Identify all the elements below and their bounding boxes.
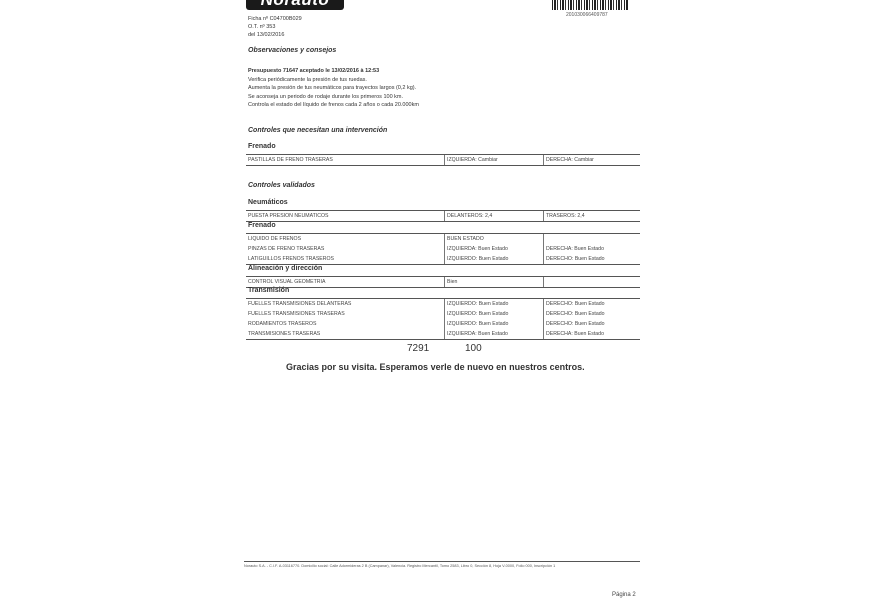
table-cell: DERECHO: Buen Estado <box>543 299 640 309</box>
observations-list: Presupuesto 71647 aceptado le 13/02/2016… <box>248 67 419 110</box>
ficha-number: Ficha nº C04700B029 <box>248 15 302 23</box>
table-cell: BUEN ESTADO <box>444 234 543 244</box>
table-row: LIQUIDO DE FRENOSBUEN ESTADO <box>246 234 640 244</box>
table-row: CONTROL VISUAL GEOMETRIABien <box>246 277 640 287</box>
table-cell: IZQUIERDO: Buen Estado <box>444 309 543 319</box>
observations-title: Observaciones y consejos <box>248 47 336 54</box>
document-page: Norauto 201030066409787 Ficha nº C04700B… <box>0 0 880 600</box>
footer-legal: Norauto S.A. - C.I.F. A-03116770. Domici… <box>244 564 555 568</box>
table-cell: DERECHO: Buen Estado <box>543 319 640 329</box>
intervention-table: PASTILLAS DE FRENO TRASERASIZQUIERDA: Ca… <box>246 154 640 166</box>
validated-table: PUESTA PRESION NEUMATICOSDELANTEROS: 2,4… <box>246 210 640 222</box>
section-title: Transmisión <box>248 287 289 294</box>
table-cell: FUELLES TRANSMISIONES TRASERAS <box>246 309 444 319</box>
observation-line: Verifica periódicamente la presión de tu… <box>248 76 419 85</box>
validated-table: FUELLES TRANSMISIONES DELANTERASIZQUIERD… <box>246 298 640 340</box>
table-row: PUESTA PRESION NEUMATICOSDELANTEROS: 2,4… <box>246 211 640 221</box>
barcode-icon <box>552 0 628 10</box>
table-cell: IZQUIERDA: Buen Estado <box>444 329 543 339</box>
work-order-number: O.T. nº 353 <box>248 23 302 31</box>
section-title: Neumáticos <box>248 199 288 206</box>
table-row: LATIGUILLOS FRENOS TRASEROSIZQUIERDO: Bu… <box>246 254 640 264</box>
intervention-title: Controles que necesitan una intervención <box>248 127 387 134</box>
table-row: FUELLES TRANSMISIONES DELANTERASIZQUIERD… <box>246 299 640 309</box>
validated-table: CONTROL VISUAL GEOMETRIABien <box>246 276 640 288</box>
table-cell: IZQUIERDO: Buen Estado <box>444 299 543 309</box>
observation-line: Se aconseja un periodo de rodaje durante… <box>248 93 419 102</box>
thanks-message: Gracias por su visita. Esperamos verle d… <box>286 362 585 372</box>
validated-title: Controles validados <box>248 182 315 189</box>
table-cell: RODAMIENTOS TRASEROS <box>246 319 444 329</box>
table-cell: DERECHA: Buen Estado <box>543 244 640 254</box>
table-cell: DERECHO: Buen Estado <box>543 309 640 319</box>
table-cell: PINZAS DE FRENO TRASERAS <box>246 244 444 254</box>
table-cell: DERECHA: Cambiar <box>543 155 640 165</box>
table-cell: Bien <box>444 277 543 287</box>
observation-line: Aumenta la presión de tus neumáticos par… <box>248 84 419 93</box>
observation-line: Presupuesto 71647 aceptado le 13/02/2016… <box>248 67 419 76</box>
table-row: PASTILLAS DE FRENO TRASERASIZQUIERDA: Ca… <box>246 155 640 165</box>
table-cell <box>543 234 640 244</box>
table-row: RODAMIENTOS TRASEROSIZQUIERDO: Buen Esta… <box>246 319 640 329</box>
table-cell: LATIGUILLOS FRENOS TRASEROS <box>246 254 444 264</box>
validated-table: LIQUIDO DE FRENOSBUEN ESTADOPINZAS DE FR… <box>246 233 640 265</box>
footer-divider <box>244 561 640 562</box>
table-cell: PASTILLAS DE FRENO TRASERAS <box>246 155 444 165</box>
table-cell: IZQUIERDA: Cambiar <box>444 155 543 165</box>
overlay-number: 100 <box>465 343 482 354</box>
section-title: Frenado <box>248 143 276 150</box>
overlay-number: 7291 <box>407 343 429 354</box>
table-cell: TRANSMISIONES TRASERAS <box>246 329 444 339</box>
table-cell: IZQUIERDA: Buen Estado <box>444 244 543 254</box>
document-date: del 13/02/2016 <box>248 31 302 39</box>
brand-logo: Norauto <box>246 0 344 10</box>
table-cell: IZQUIERDO: Buen Estado <box>444 319 543 329</box>
table-cell: LIQUIDO DE FRENOS <box>246 234 444 244</box>
table-cell: PUESTA PRESION NEUMATICOS <box>246 211 444 221</box>
document-meta: Ficha nº C04700B029 O.T. nº 353 del 13/0… <box>248 15 302 39</box>
page-number: Página 2 <box>612 592 636 598</box>
table-cell: CONTROL VISUAL GEOMETRIA <box>246 277 444 287</box>
table-cell: DELANTEROS: 2,4 <box>444 211 543 221</box>
table-cell: DERECHO: Buen Estado <box>543 254 640 264</box>
observation-line: Controla el estado del líquido de frenos… <box>248 101 419 110</box>
table-cell: IZQUIERDO: Buen Estado <box>444 254 543 264</box>
table-row: FUELLES TRANSMISIONES TRASERASIZQUIERDO:… <box>246 309 640 319</box>
section-title: Alineación y dirección <box>248 265 322 272</box>
table-cell <box>543 277 640 287</box>
section-title: Frenado <box>248 222 276 229</box>
table-cell: TRASEROS: 2,4 <box>543 211 640 221</box>
table-row: PINZAS DE FRENO TRASERASIZQUIERDA: Buen … <box>246 244 640 254</box>
table-row: TRANSMISIONES TRASERASIZQUIERDA: Buen Es… <box>246 329 640 339</box>
barcode-number: 201030066409787 <box>566 12 608 18</box>
table-cell: FUELLES TRANSMISIONES DELANTERAS <box>246 299 444 309</box>
table-cell: DERECHA: Buen Estado <box>543 329 640 339</box>
